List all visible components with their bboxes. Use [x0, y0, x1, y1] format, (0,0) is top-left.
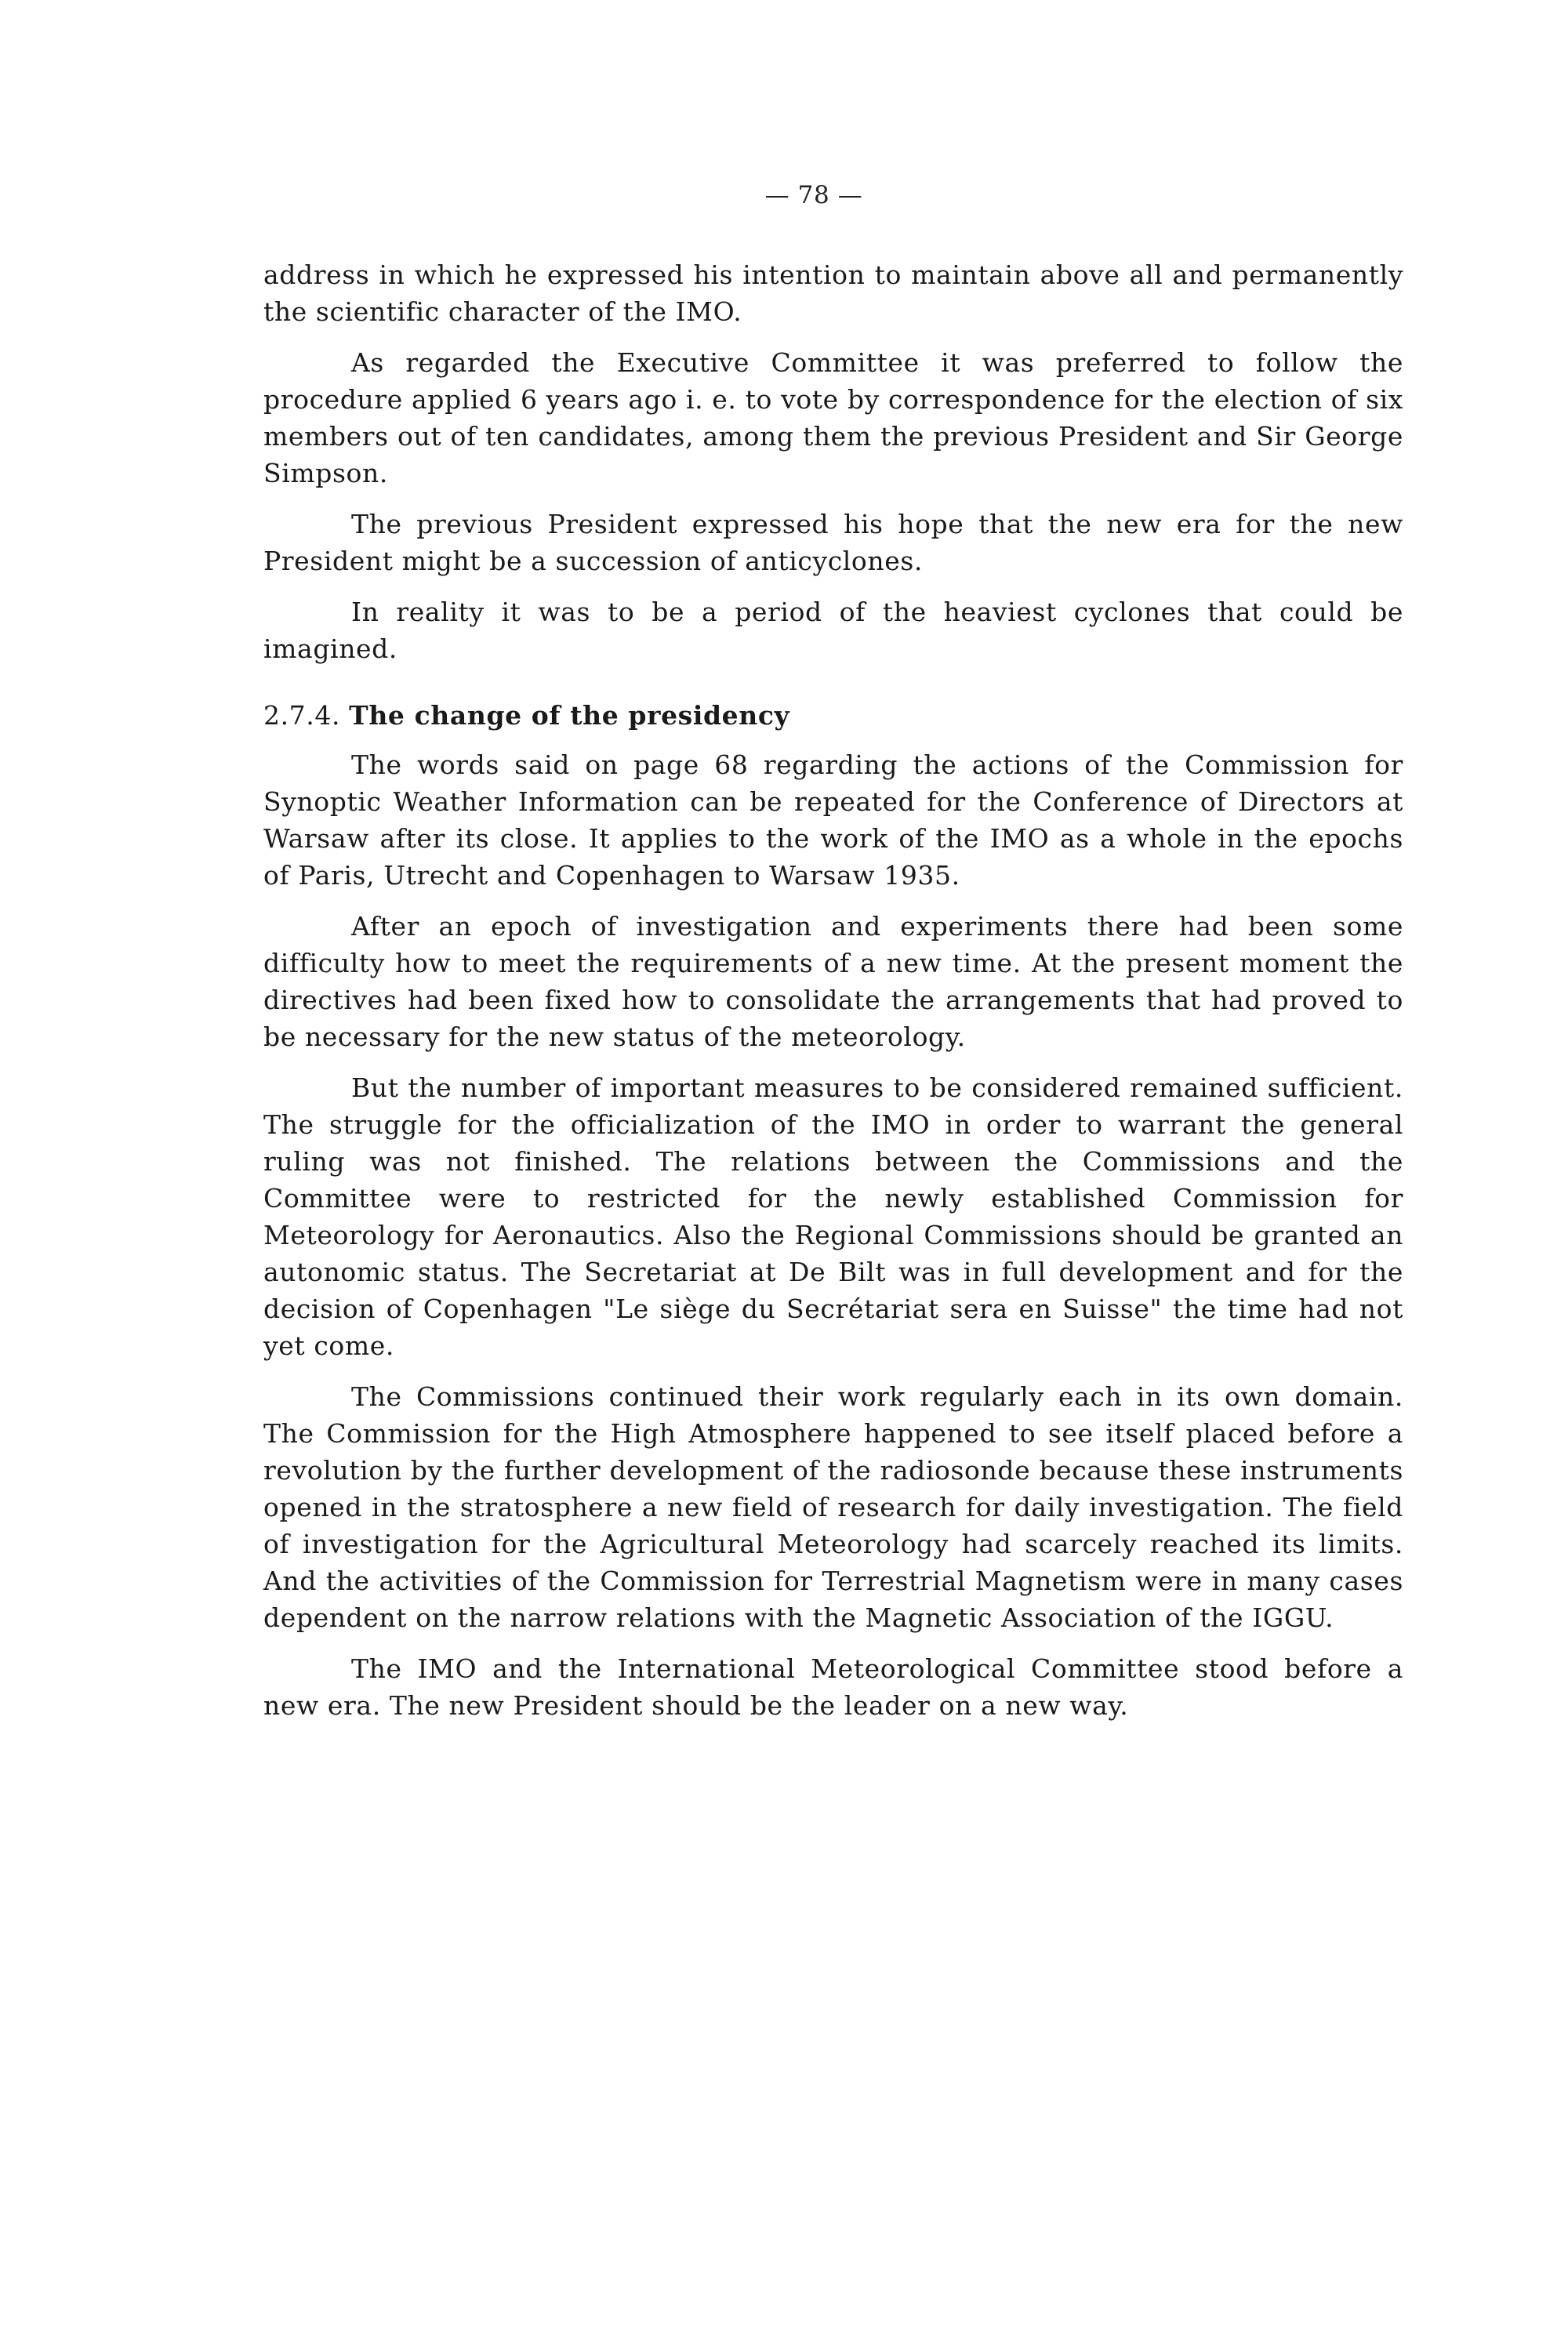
- paragraph: The IMO and the International Meteorolog…: [263, 1650, 1403, 1724]
- paragraph-continuation: address in which he expressed his intent…: [263, 256, 1403, 330]
- section-title: The change of the presidency: [349, 700, 789, 731]
- paragraph: After an epoch of investigation and expe…: [263, 908, 1403, 1055]
- document-page: — 78 — address in which he expressed his…: [263, 177, 1403, 1738]
- paragraph: The Commissions continued their work reg…: [263, 1378, 1403, 1636]
- paragraph: In reality it was to be a period of the …: [263, 593, 1403, 667]
- paragraph: But the number of important measures to …: [263, 1069, 1403, 1364]
- paragraph: The words said on page 68 regarding the …: [263, 746, 1403, 894]
- paragraph: The previous President expressed his hop…: [263, 506, 1403, 579]
- section-heading: 2.7.4. The change of the presidency: [263, 697, 1403, 734]
- paragraph: As regarded the Executive Committee it w…: [263, 344, 1403, 492]
- page-number: — 78 —: [224, 177, 1403, 214]
- section-number: 2.7.4.: [263, 700, 340, 731]
